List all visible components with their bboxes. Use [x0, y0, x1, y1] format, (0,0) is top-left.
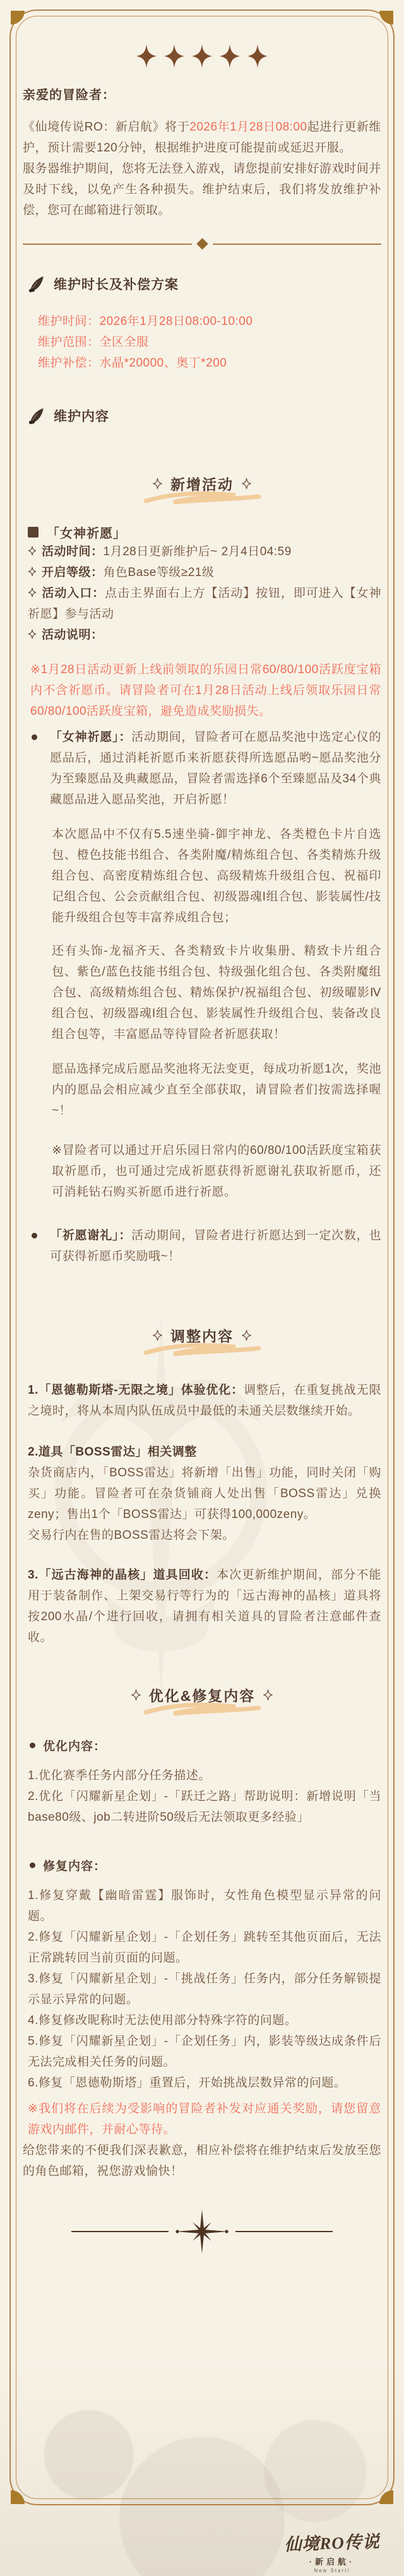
maintenance-compensation: 维护补偿：水晶*20000、奥丁*200	[38, 353, 381, 373]
detail-value: 1月28日更新维护后~ 2月4日04:59	[104, 545, 292, 558]
section-title: 维护内容	[54, 406, 109, 425]
maintenance-info-block: 维护时间：2026年1月28日08:00-10:00 维护范围：全区全服 维护补…	[38, 311, 381, 373]
adjustment-item-2-title: 2.道具「BOSS雷达」相关调整	[28, 1442, 381, 1462]
intro-paragraph-2: 服务器维护期间，您将无法登入游戏，请您提前安排好游戏时间并及时下线，以免产生各种…	[23, 158, 381, 221]
fix-item: 5.修复「闪耀新星企划」-「企划任务」内，影装等级达成条件后无法完成相关任务的问…	[28, 2031, 381, 2073]
round-bullet-icon	[30, 1743, 35, 1748]
header-title: 优化&修复内容	[149, 1685, 256, 1705]
sparkle-outline-icon	[28, 629, 37, 639]
square-bullet-icon	[28, 527, 39, 538]
fix-subheader: 修复内容：	[30, 1857, 381, 1874]
frame-corner-ornament	[11, 2490, 25, 2504]
event-detail-level: 开启等级：角色Base等级≥21级	[28, 562, 381, 583]
closing-paragraph: 给您带来的不便我们深表歉意，相应补偿将在维护结束后发放至您的角色邮箱，祝您游戏愉…	[23, 2140, 381, 2182]
intro-text: 《仙境传说RO：新启航》将于	[23, 121, 189, 134]
maintenance-scope: 维护范围：全区全服	[38, 332, 381, 353]
detail-value: 角色Base等级≥21级	[104, 566, 215, 579]
adjustment-item-1: 1.「恩德勒斯塔-无限之境」体验优化：调整后，在重复挑战无限之境时，将从本周内队…	[28, 1380, 381, 1421]
starburst-divider-icon	[66, 2208, 338, 2255]
frame-corner-ornament	[379, 11, 393, 25]
maintenance-announcement: { "theme": { "background": "#f7f2e6", "f…	[0, 0, 404, 2576]
wish-pool-paragraph-3: 愿品选择完成后愿品奖池将无法变更，每成功祈愿1次，奖池内的愿品会相应减少直至全部…	[52, 1059, 381, 1121]
optimize-item: 1.优化赛季任务内部分任务描述。	[28, 1765, 381, 1786]
bullet-paragraph: 「女神祈愿」：活动期间，冒险者可在愿品奖池中选定心仪的愿品后，通过消耗祈愿币来祈…	[50, 727, 381, 810]
quill-icon	[28, 408, 45, 425]
bullet-lead: 「祈愿谢礼」：	[50, 1229, 131, 1242]
detail-label: 开启等级：	[42, 566, 104, 579]
event-detail-description: 活动说明：	[28, 625, 381, 645]
game-logo-subtitle: ·新启航·	[269, 2555, 395, 2567]
divider-line	[213, 244, 382, 245]
sparkle-outline-icon	[152, 1329, 163, 1341]
item-lead: 3.「远古海神的晶核」道具回收：	[28, 1568, 217, 1582]
adjustment-item-2-body2: 交易行内在售的BOSS雷达将会下架。	[28, 1525, 381, 1546]
section-header-maintenance-plan: 维护时长及补偿方案	[28, 274, 381, 293]
game-logo-title: 仙境RO传说	[268, 2527, 395, 2556]
diamond-icon	[196, 238, 208, 249]
maintenance-time: 维护时间：2026年1月28日08:00-10:00	[38, 311, 381, 332]
game-logo-english: New Start!	[269, 2568, 395, 2573]
event-title-goddess-wish: 「女神祈愿」	[28, 523, 381, 541]
wish-pool-paragraph-1: 本次愿品中不仅有5.5速坐骑-御宇神龙、各类橙色卡片自选包、橙色技能书组合、各类…	[52, 824, 381, 928]
sparkle-outline-icon	[131, 1689, 141, 1701]
announcement-content: 亲爱的冒险者： 《仙境传说RO：新启航》将于2026年1月28日08:00起进行…	[23, 0, 381, 2255]
section-header-maintenance-content: 维护内容	[28, 406, 381, 425]
sparkle-outline-icon	[28, 567, 37, 577]
fix-item: 1.修复穿戴【幽暗雷霆】服饰时，女性角色模型显示异常的问题。	[28, 1885, 381, 1927]
sparkle-outline-icon	[28, 587, 37, 597]
header-title: 调整内容	[170, 1325, 234, 1346]
adjustment-item-3: 3.「远古海神的晶核」道具回收：本次更新维护期间，部分不能用于装备制作、上架交易…	[28, 1565, 381, 1648]
starburst-divider	[23, 2208, 381, 2255]
fix-compensation-notice: ※我们将在后续为受影响的冒险者补发对应通关奖励，请您留意游戏内邮件，并耐心等待。	[28, 2098, 381, 2140]
frame-corner-ornament	[379, 2490, 393, 2504]
fix-item: 2.修复「闪耀新星企划」-「企划任务」跳转至其他页面后，无法正常跳转回当前页面的…	[28, 1927, 381, 1968]
sparkle-outline-icon	[263, 1689, 273, 1701]
maintenance-datetime: 2026年1月28日08:00	[189, 121, 307, 134]
game-logo: 仙境RO传说 ·新启航· New Start!	[269, 2529, 395, 2573]
item-lead: 1.「恩德勒斯塔-无限之境」体验优化：	[28, 1384, 244, 1397]
optimize-item: 2.优化「闪耀新星企划」-「跃迁之路」帮助说明：新增说明「当base80级、jo…	[28, 1786, 381, 1828]
sparkle-icon	[219, 44, 241, 68]
fix-item: 6.修复「恩德勒斯塔」重置后，开始挑战层数异常的问题。	[28, 2073, 381, 2093]
brush-swoosh-ornament	[129, 491, 275, 507]
wish-thanks-bullet: 「祈愿谢礼」：活动期间，冒险者进行祈愿达到一定次数，也可获得祈愿币奖励哦~！	[32, 1225, 381, 1267]
diamond-divider	[23, 240, 381, 248]
sparkle-outline-icon	[152, 478, 163, 490]
detail-label: 活动说明：	[42, 628, 104, 642]
round-bullet-icon	[30, 1862, 35, 1868]
round-bullet-icon	[32, 1233, 37, 1238]
event-name: 「女神祈愿」	[47, 523, 126, 541]
section-title: 维护时长及补偿方案	[54, 274, 179, 293]
header-adjustments: 调整内容	[23, 1325, 381, 1346]
item-lead: 2.道具「BOSS雷达」相关调整	[28, 1445, 197, 1459]
sparkle-icon	[247, 44, 268, 68]
detail-label: 活动时间：	[42, 545, 104, 558]
sparkle-icon	[163, 44, 185, 68]
event-detail-time: 活动时间：1月28日更新维护后~ 2月4日04:59	[28, 541, 381, 562]
sparkle-outline-icon	[241, 478, 252, 490]
goddess-wish-bullet: 「女神祈愿」：活动期间，冒险者可在愿品奖池中选定心仪的愿品后，通过消耗祈愿币来祈…	[32, 727, 381, 810]
sparkle-outline-icon	[241, 1329, 252, 1341]
divider-line	[23, 244, 192, 245]
adjustment-item-2-body: 杂货商店内，「BOSS雷达」将新增「出售」功能，同时关闭「购买」功能。冒险者可在…	[28, 1462, 381, 1525]
wish-coin-note-paragraph: ※冒险者可以通过开启乐园日常内的60/80/100活跃度宝箱获取祈愿币，也可通过…	[52, 1140, 381, 1203]
quill-icon	[28, 276, 45, 293]
sparkle-icon	[136, 44, 157, 68]
wish-pool-paragraph-2: 还有头饰-龙福齐天、各类精致卡片收集册、精致卡片组合包、紫色/蓝色技能书组合包、…	[52, 941, 381, 1045]
event-detail-entry: 活动入口：点击主界面右上方【活动】按钮，即可进入【女神祈愿】参与活动	[28, 583, 381, 625]
optimize-subheader: 优化内容：	[30, 1737, 381, 1754]
fix-item: 4.修复修改昵称时无法使用部分特殊字符的问题。	[28, 2010, 381, 2031]
sparkle-outline-icon	[28, 546, 37, 556]
subheader-label: 修复内容：	[43, 1857, 106, 1874]
header-title: 新增活动	[170, 473, 234, 494]
round-bullet-icon	[32, 734, 37, 740]
intro-paragraph-1: 《仙境传说RO：新启航》将于2026年1月28日08:00起进行更新维护，预计需…	[23, 117, 381, 158]
sparkle-row-ornament	[23, 44, 381, 68]
subheader-label: 优化内容：	[43, 1737, 106, 1754]
header-new-events: 新增活动	[23, 473, 381, 494]
header-optimizations-fixes: 优化&修复内容	[23, 1685, 381, 1705]
fix-item: 3.修复「闪耀新星企划」-「挑战任务」任务内，部分任务解锁提示显示异常的问题。	[28, 1968, 381, 2010]
greeting: 亲爱的冒险者：	[23, 85, 381, 103]
sparkle-icon	[191, 44, 213, 68]
event-warning-notice: ※1月28日活动更新上线前领取的乐园日常60/80/100活跃度宝箱内不含祈愿币…	[30, 659, 381, 722]
bullet-lead: 「女神祈愿」：	[50, 731, 131, 744]
brush-swoosh-ornament	[129, 1343, 275, 1358]
bullet-paragraph: 「祈愿谢礼」：活动期间，冒险者进行祈愿达到一定次数，也可获得祈愿币奖励哦~！	[50, 1225, 381, 1267]
detail-label: 活动入口：	[42, 587, 105, 600]
